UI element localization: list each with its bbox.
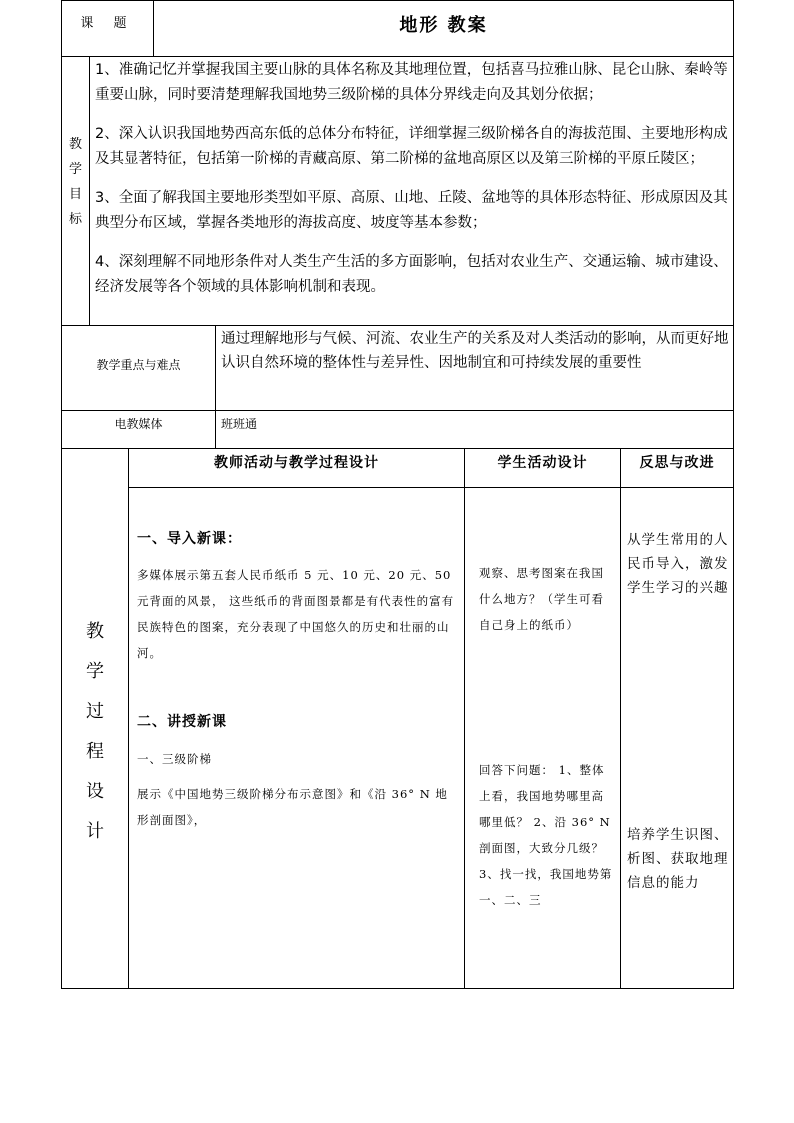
- divider: [89, 56, 90, 326]
- objective-item: 2、深入认识我国地势西高东低的总体分布特征，详细掌握三级阶梯各自的海拔范围、主要…: [95, 122, 729, 172]
- student-activity: 回答下问题： 1、整体上看，我国地势哪里高哪里低？ 2、沿 36° N 剖面图，…: [479, 757, 613, 913]
- column-header-teacher: 教师活动与教学过程设计: [129, 449, 464, 475]
- process-label-char: 学: [85, 652, 105, 692]
- objectives-label-char: 教: [69, 132, 83, 157]
- topic-label: 课 题: [62, 1, 153, 42]
- process-label-char: 教: [85, 612, 105, 652]
- section-intro-text: 多媒体展示第五套人民币纸币 5 元、10 元、20 元、50 元背面的风景， 这…: [137, 562, 457, 666]
- objectives-label-char: 学: [69, 157, 83, 182]
- divider: [128, 487, 734, 488]
- page-title: 地形 教案: [154, 1, 733, 47]
- process-label: 教 学 过 程 设 计: [62, 612, 128, 852]
- divider: [128, 448, 129, 989]
- table-border-right: [733, 0, 734, 989]
- student-activity: 观察、思考图案在我国什么地方？（学生可看自己身上的纸币）: [479, 560, 613, 638]
- divider: [620, 448, 621, 989]
- column-header-reflection: 反思与改进: [621, 449, 733, 475]
- divider: [464, 448, 465, 989]
- objectives-list: 1、准确记忆并掌握我国主要山脉的具体名称及其地理位置，包括喜马拉雅山脉、昆仑山脉…: [95, 58, 729, 300]
- objective-item: 1、准确记忆并掌握我国主要山脉的具体名称及其地理位置，包括喜马拉雅山脉、昆仑山脉…: [95, 58, 729, 108]
- divider: [215, 325, 216, 448]
- media-label: 电教媒体: [62, 411, 215, 435]
- subsection-title: 一、三级阶梯: [137, 746, 457, 772]
- objectives-label: 教 学 目 标: [62, 132, 89, 232]
- divider: [61, 56, 734, 57]
- media-value: 班班通: [221, 415, 721, 432]
- reflection-note: 从学生常用的人民币导入，激发学生学习的兴趣: [627, 528, 729, 600]
- process-label-char: 程: [85, 732, 105, 772]
- reflection-note: 培养学生识图、析图、获取地理信息的能力: [627, 823, 729, 895]
- table-border-bottom: [61, 988, 734, 989]
- column-header-student: 学生活动设计: [465, 449, 620, 475]
- section-new-lesson-title: 二、讲授新课: [137, 711, 227, 731]
- objective-item: 4、深刻理解不同地形条件对人类生产生活的多方面影响，包括对农业生产、交通运输、城…: [95, 250, 729, 300]
- objective-item: 3、全面了解我国主要地形类型如平原、高原、山地、丘陵、盆地等的具体形态特征、形成…: [95, 186, 729, 236]
- section-intro-title: 一、导入新课：: [137, 528, 242, 548]
- process-label-char: 过: [85, 692, 105, 732]
- key-points-text: 通过理解地形与气候、河流、农业生产的关系及对人类活动的影响，从而更好地认识自然环…: [221, 327, 729, 375]
- lesson-plan-page: 课 题 地形 教案 教 学 目 标 1、准确记忆并掌握我国主要山脉的具体名称及其…: [0, 0, 794, 1123]
- objectives-label-char: 目: [69, 182, 83, 207]
- key-points-label: 教学重点与难点: [62, 326, 215, 402]
- objectives-label-char: 标: [69, 207, 83, 232]
- subsection-text: 展示《中国地势三级阶梯分布示意图》和《沿 36° N 地形剖面图》，: [137, 781, 457, 833]
- process-label-char: 设: [85, 772, 105, 812]
- process-label-char: 计: [85, 812, 105, 852]
